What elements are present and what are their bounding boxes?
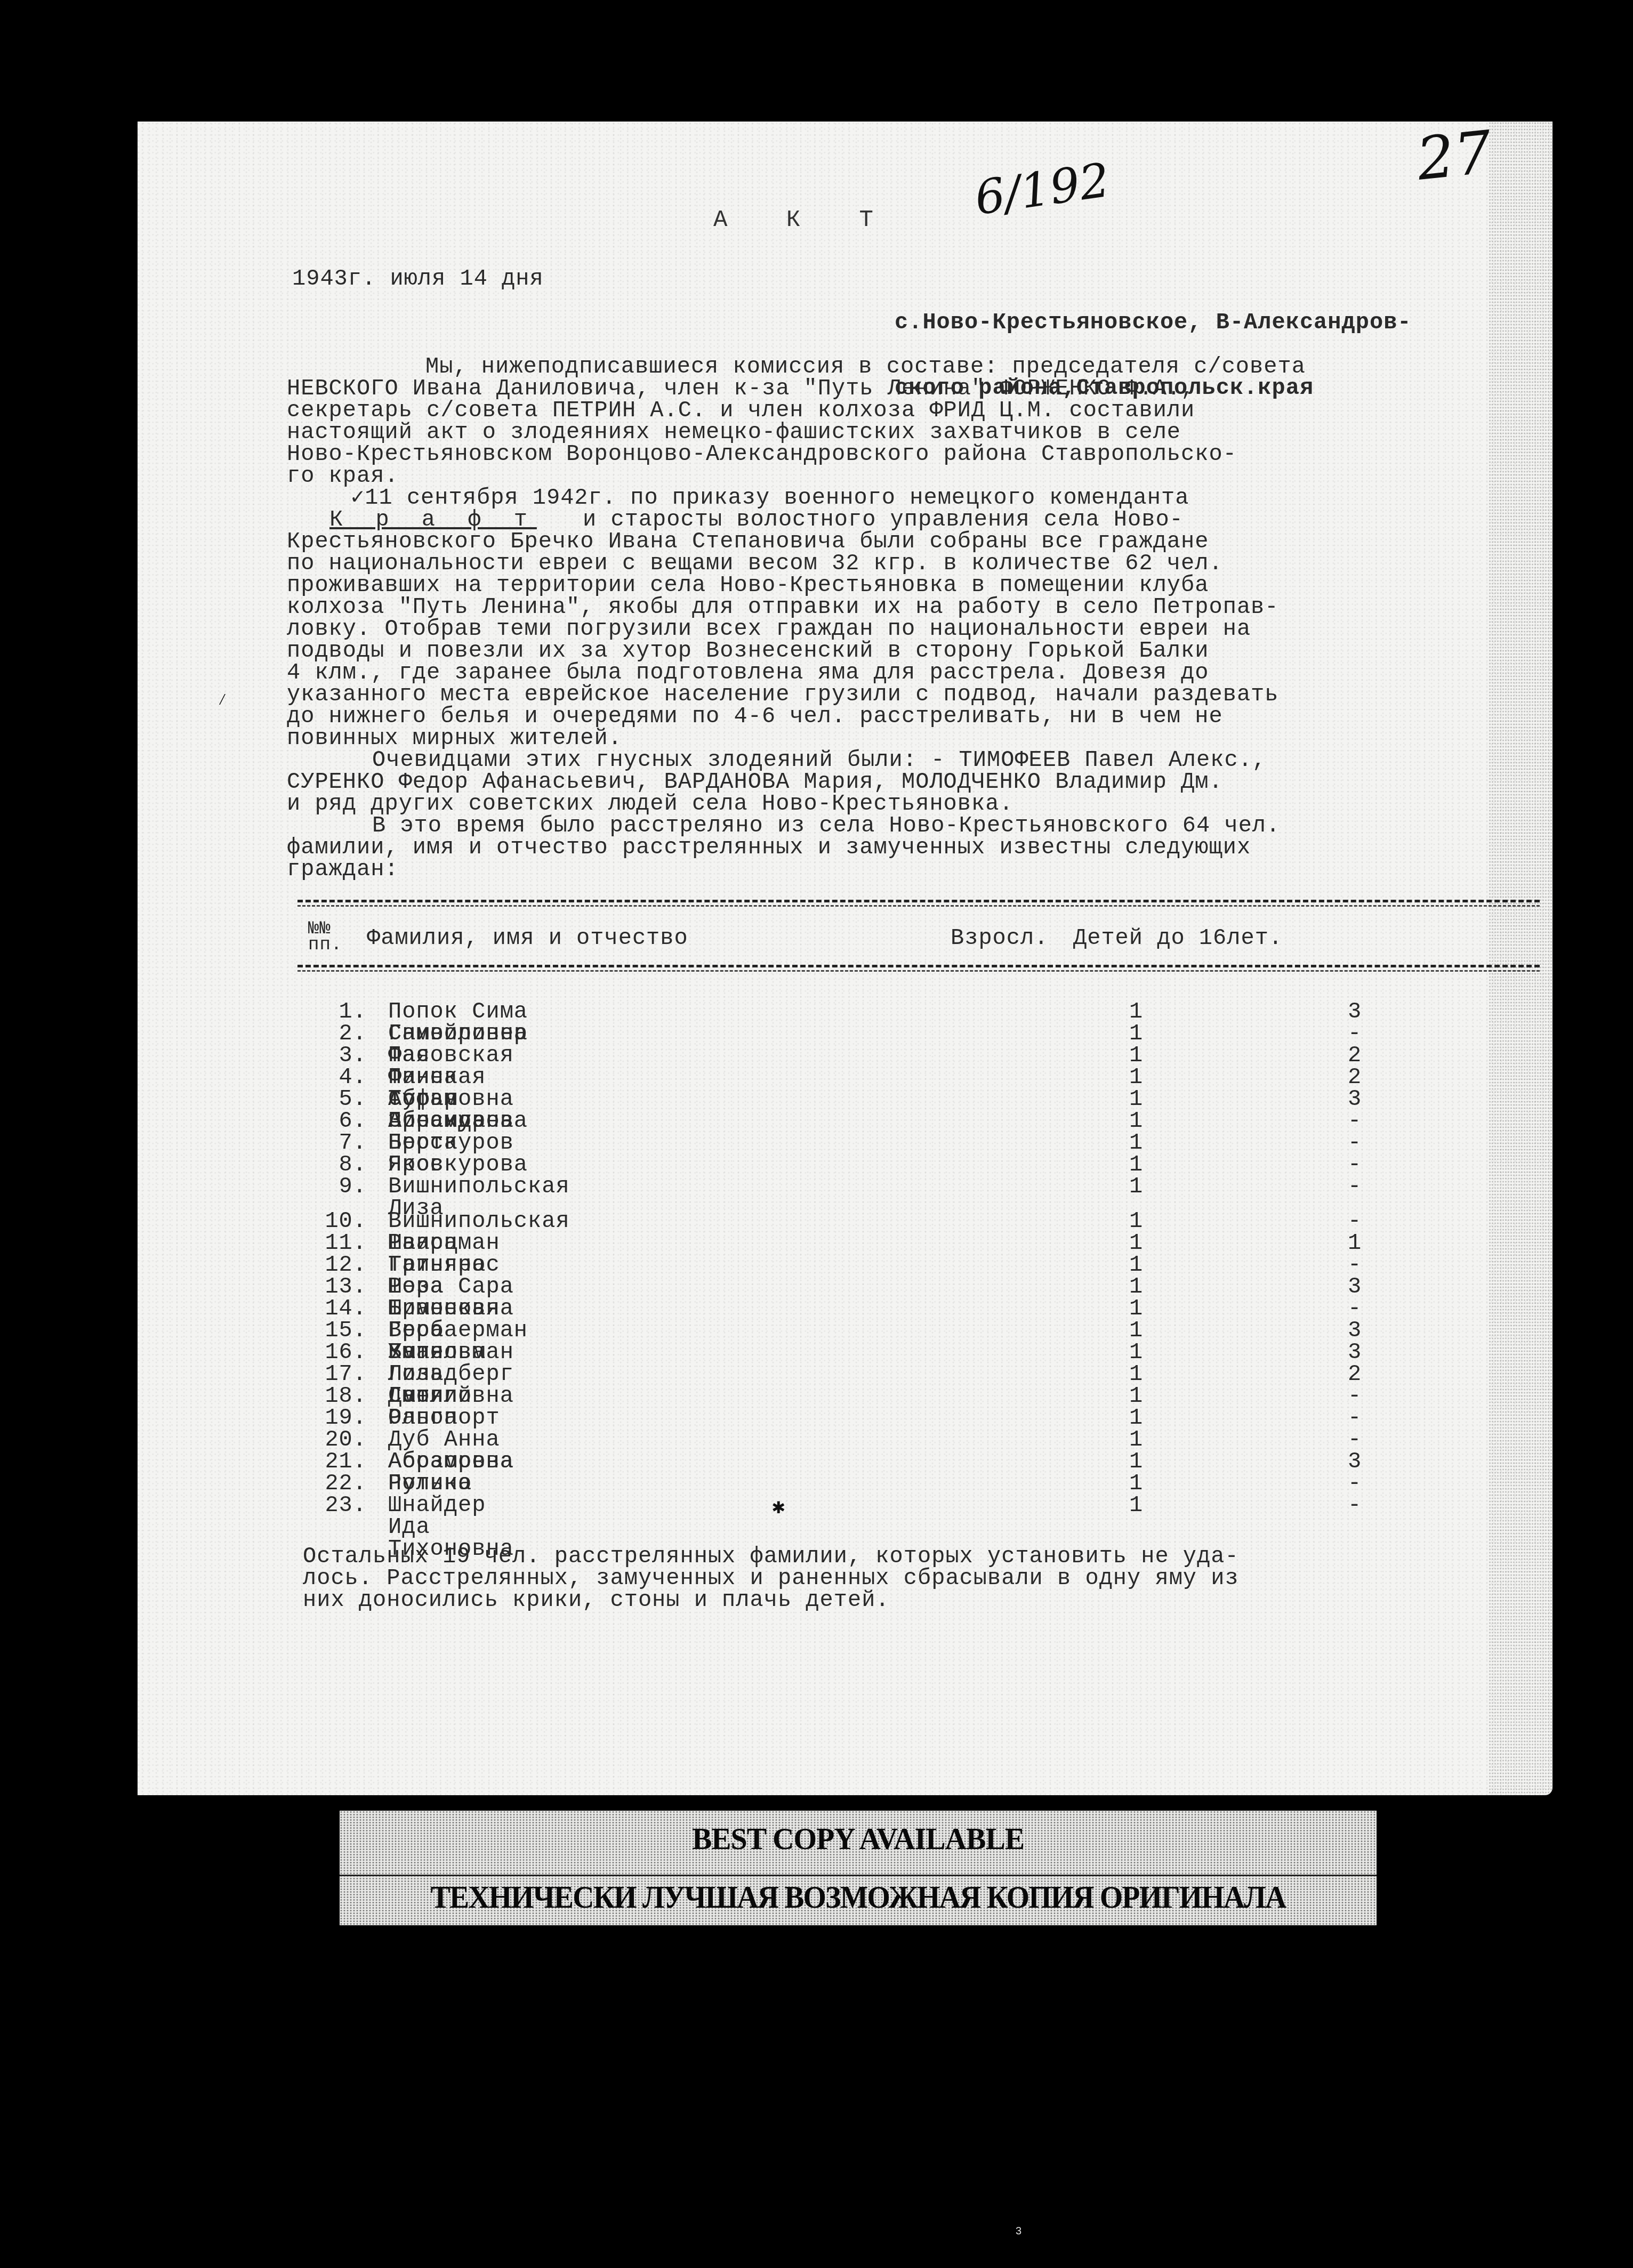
row-children: - xyxy=(1348,1298,1362,1320)
row-adults: 1 xyxy=(1129,1154,1143,1176)
row-number: 11. xyxy=(319,1232,367,1254)
row-number: 15. xyxy=(319,1320,367,1342)
row-children: 2 xyxy=(1348,1045,1362,1067)
banner-russian: ТЕХНИЧЕСКИ ЛУЧШАЯ ВОЗМОЖНАЯ КОПИЯ ОРИГИН… xyxy=(376,1879,1340,1916)
table-header-rule xyxy=(297,965,1540,967)
col-header-number: №№ пп. xyxy=(308,921,351,953)
row-children: - xyxy=(1348,1132,1362,1154)
para3-line: и ряд других советских людей села Ново-К… xyxy=(287,793,1545,815)
best-copy-banner: BEST COPY AVAILABLE ТЕХНИЧЕСКИ ЛУЧШАЯ ВО… xyxy=(340,1811,1377,1925)
row-number: 7. xyxy=(319,1132,367,1154)
row-number: 20. xyxy=(319,1429,367,1451)
row-children: - xyxy=(1348,1154,1362,1176)
row-name: Проскурова xyxy=(388,1154,528,1176)
row-adults: 1 xyxy=(1129,1232,1143,1254)
row-children: - xyxy=(1348,1495,1362,1516)
row-number: 14. xyxy=(319,1298,367,1320)
para2-name-line: К р а ф т и старосты волостного управлен… xyxy=(287,509,1545,531)
para2-line: по национальности евреи с вещами весом 3… xyxy=(287,553,1545,575)
row-adults: 1 xyxy=(1129,1342,1143,1363)
row-children: 2 xyxy=(1348,1067,1362,1088)
row-adults: 1 xyxy=(1129,1088,1143,1110)
scan-border-top xyxy=(0,0,1633,122)
row-number: 9. xyxy=(319,1176,367,1198)
para2-line: подводы и повезли их за хутор Вознесенск… xyxy=(287,640,1545,662)
row-children: 3 xyxy=(1348,1320,1362,1342)
para1-line: настоящий акт о злодеяниях немецко-фашис… xyxy=(287,422,1545,443)
closing-line: лось. Расстрелянных, замученных и раненн… xyxy=(303,1568,1545,1589)
row-children: - xyxy=(1348,1429,1362,1451)
row-number: 13. xyxy=(319,1276,367,1298)
row-children: - xyxy=(1348,1254,1362,1276)
handwritten-sheet-number: 27 xyxy=(1414,118,1495,193)
para1-line: го края. xyxy=(287,465,1545,487)
para1-line: Ново-Крестьяновском Воронцово-Александро… xyxy=(287,443,1545,465)
row-adults: 1 xyxy=(1129,1320,1143,1342)
row-children: 1 xyxy=(1348,1232,1362,1254)
ink-mark-icon: ✱ xyxy=(772,1494,785,1520)
closing-line: Остальных 19 чел. расстрелянных фамилии,… xyxy=(303,1546,1545,1568)
closing-line: них доносились крики, стоны и плачь дете… xyxy=(303,1589,1545,1611)
col-header-children: Детей до 16лет. xyxy=(1073,927,1283,949)
row-children: 3 xyxy=(1348,1342,1362,1363)
place-line-1: с.Ново-Крестьяновское, В-Александров- xyxy=(895,312,1412,334)
para2-first-line: ✓11 сентября 1942г. по приказу военного … xyxy=(287,487,1545,509)
row-adults: 1 xyxy=(1129,1023,1143,1045)
para2-line: указанного места еврейское население гру… xyxy=(287,684,1545,706)
table-top-rule xyxy=(297,900,1540,902)
row-adults: 1 xyxy=(1129,1385,1143,1407)
para4-line: граждан: xyxy=(287,859,1545,881)
row-number: 23. xyxy=(319,1495,367,1516)
row-number: 16. xyxy=(319,1342,367,1363)
row-children: - xyxy=(1348,1176,1362,1198)
para2-line: колхоза "Путь Ленина", якобы для отправк… xyxy=(287,596,1545,618)
document-date: 1943г. июля 14 дня xyxy=(292,268,544,290)
row-number: 4. xyxy=(319,1067,367,1088)
page-number: 3 xyxy=(1016,2225,1021,2238)
handwritten-file-number: 6/192 xyxy=(971,152,1113,225)
para3-line: Очевидцами этих гнусных злодеяний были: … xyxy=(287,749,1545,771)
row-adults: 1 xyxy=(1129,1110,1143,1132)
row-adults: 1 xyxy=(1129,1276,1143,1298)
row-number: 2. xyxy=(319,1023,367,1045)
row-children: - xyxy=(1348,1110,1362,1132)
row-number: 6. xyxy=(319,1110,367,1132)
banner-english: BEST COPY AVAILABLE xyxy=(340,1822,1377,1857)
para3-line: СУРЕНКО Федор Афанасьевич, ВАРДАНОВА Мар… xyxy=(287,771,1545,793)
row-children: - xyxy=(1348,1407,1362,1429)
row-adults: 1 xyxy=(1129,1254,1143,1276)
row-adults: 1 xyxy=(1129,1363,1143,1385)
para2-line: ловку. Отобрав теми погрузили всех гражд… xyxy=(287,618,1545,640)
row-number: 5. xyxy=(319,1088,367,1110)
row-number: 21. xyxy=(319,1451,367,1473)
document-page: 6/192 27 А К Т 1943г. июля 14 дня с.Ново… xyxy=(138,122,1552,1795)
para1-line: секретарь с/совета ПЕТРИН А.С. и член ко… xyxy=(287,400,1545,422)
row-number: 10. xyxy=(319,1210,367,1232)
row-number: 19. xyxy=(319,1407,367,1429)
row-number: 12. xyxy=(319,1254,367,1276)
row-children: - xyxy=(1348,1210,1362,1232)
row-number: 17. xyxy=(319,1363,367,1385)
margin-mark-icon: ⁄ xyxy=(218,692,227,710)
row-adults: 1 xyxy=(1129,1067,1143,1088)
row-adults: 1 xyxy=(1129,1451,1143,1473)
row-children: 3 xyxy=(1348,1088,1362,1110)
row-adults: 1 xyxy=(1129,1495,1143,1516)
row-children: - xyxy=(1348,1385,1362,1407)
para2-line: Крестьяновского Бречко Ивана Степановича… xyxy=(287,531,1545,553)
row-adults: 1 xyxy=(1129,1429,1143,1451)
row-children: - xyxy=(1348,1023,1362,1045)
para2-line: до нижнего белья и очередями по 4-6 чел.… xyxy=(287,706,1545,728)
act-body: Мы, нижеподписавшиеся комиссия в составе… xyxy=(287,356,1545,881)
row-children: - xyxy=(1348,1473,1362,1495)
row-adults: 1 xyxy=(1129,1176,1143,1198)
row-adults: 1 xyxy=(1129,1210,1143,1232)
closing-paragraph: Остальных 19 чел. расстрелянных фамилии,… xyxy=(303,1546,1545,1611)
para1-line: Мы, нижеподписавшиеся комиссия в составе… xyxy=(287,356,1545,378)
row-adults: 1 xyxy=(1129,1298,1143,1320)
row-number: 1. xyxy=(319,1001,367,1023)
row-adults: 1 xyxy=(1129,1473,1143,1495)
row-number: 8. xyxy=(319,1154,367,1176)
row-children: 3 xyxy=(1348,1276,1362,1298)
row-children: 3 xyxy=(1348,1001,1362,1023)
para2-line: повинных мирных жителей. xyxy=(287,728,1545,749)
row-name: Рутько xyxy=(388,1473,472,1495)
document-title: А К Т xyxy=(713,209,896,231)
row-children: 3 xyxy=(1348,1451,1362,1473)
para2-line: 4 клм., где заранее была подготовлена ям… xyxy=(287,662,1545,684)
para4-line: фамилии, имя и отчество расстрелянных и … xyxy=(287,837,1545,859)
row-adults: 1 xyxy=(1129,1045,1143,1067)
row-adults: 1 xyxy=(1129,1132,1143,1154)
col-header-name: Фамилия, имя и отчество xyxy=(367,927,688,949)
row-number: 18. xyxy=(319,1385,367,1407)
row-adults: 1 xyxy=(1129,1001,1143,1023)
table-top-rule-2 xyxy=(297,905,1540,907)
row-number: 22. xyxy=(319,1473,367,1495)
col-header-adults: Взросл. xyxy=(951,927,1048,949)
table-header-rule-2 xyxy=(297,970,1540,972)
banner-divider xyxy=(340,1875,1377,1876)
row-adults: 1 xyxy=(1129,1407,1143,1429)
para1-line: НЕВСКОГО Ивана Даниловича, член к-за "Пу… xyxy=(287,378,1545,400)
row-children: 2 xyxy=(1348,1363,1362,1385)
row-number: 3. xyxy=(319,1045,367,1067)
para2-line: проживавших на территории села Ново-Крес… xyxy=(287,575,1545,596)
row-name: Рапопорт xyxy=(388,1407,500,1429)
para4-line: В это время было расстреляно из села Нов… xyxy=(287,815,1545,837)
